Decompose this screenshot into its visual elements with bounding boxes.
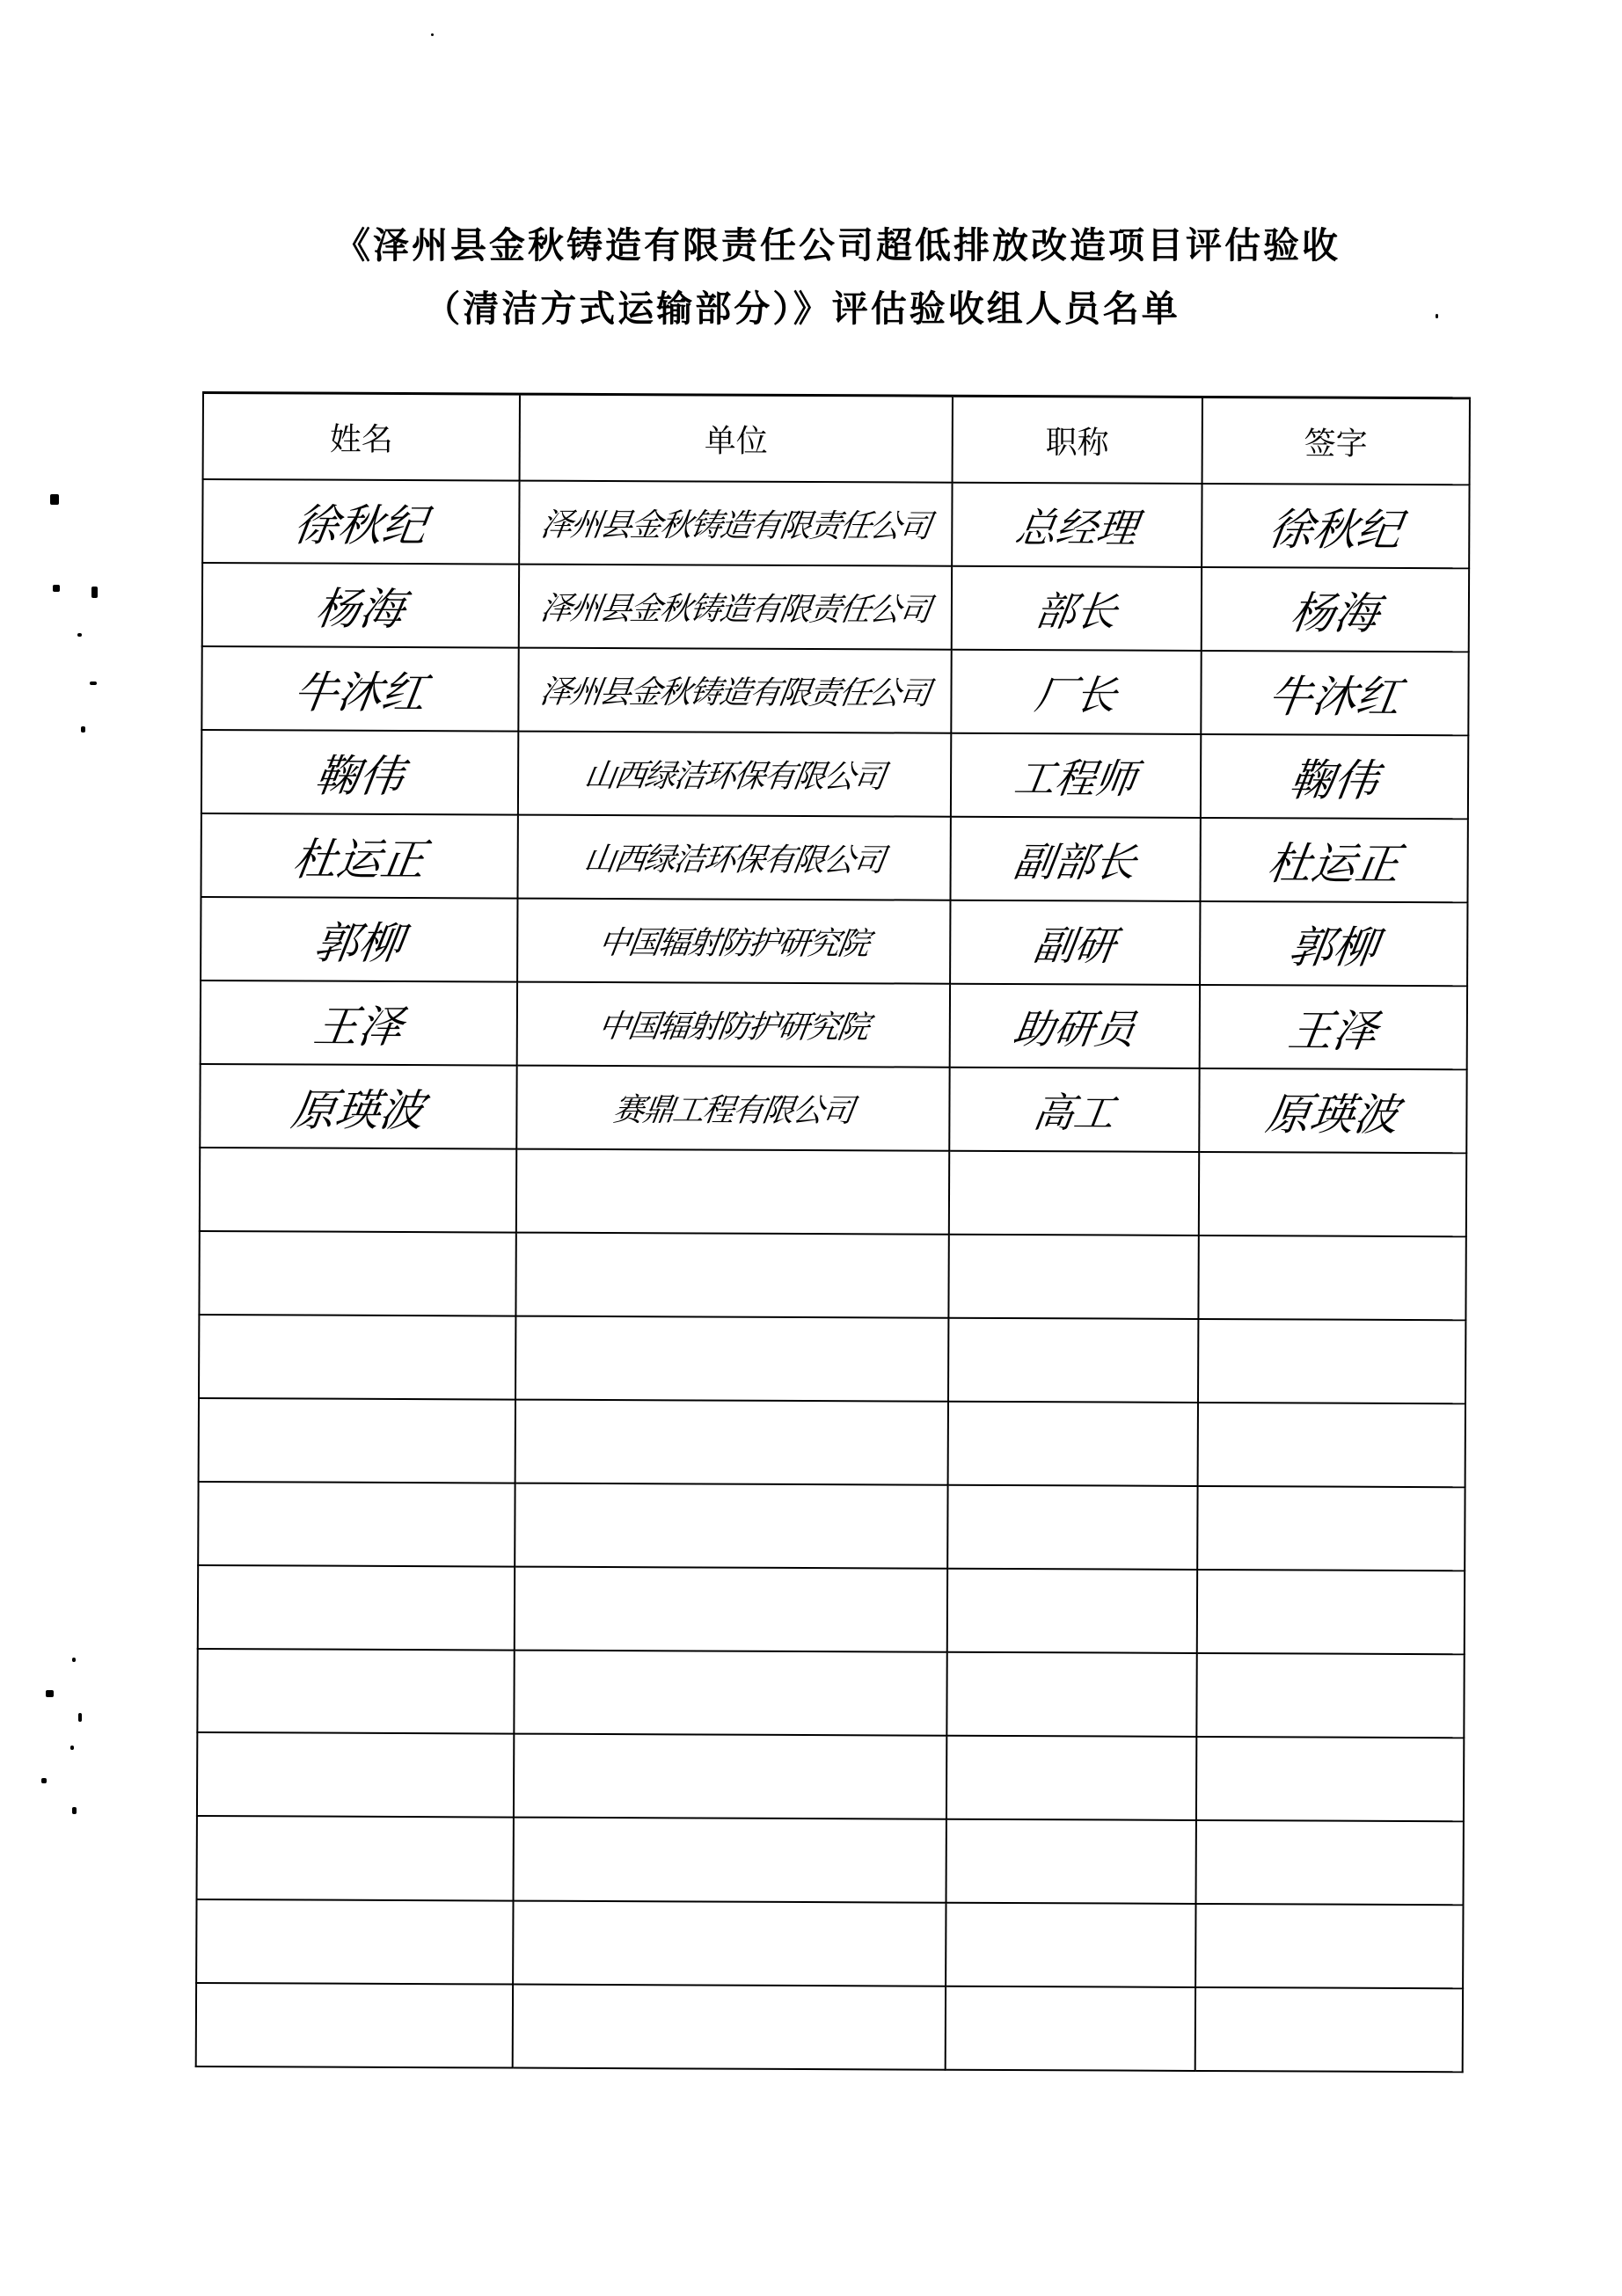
cell-name: [197, 1732, 514, 1818]
cell-name: 牛沐红: [201, 646, 518, 732]
cell-name: [198, 1565, 515, 1651]
cell-signature: [1199, 1152, 1466, 1236]
cell-name: 杨海: [202, 563, 519, 648]
handwritten-unit: 山西绿洁环保有限公司: [581, 751, 887, 797]
handwritten-unit: 泽州县金秋铸造有限责任公司: [537, 584, 932, 630]
handwritten-title: 助研员: [1010, 997, 1140, 1056]
cell-signature: 郭柳: [1200, 901, 1467, 986]
signature: 杜运正: [1263, 828, 1404, 893]
handwritten-title: 高工: [1030, 1081, 1120, 1139]
table-row: 鞠伟 山西绿洁环保有限公司 工程师 鞠伟: [201, 730, 1468, 819]
cell-unit: 泽州县金秋铸造有限责任公司: [519, 565, 952, 650]
cell-unit: [513, 1901, 946, 1986]
cell-title: [948, 1318, 1198, 1403]
table-row-empty: [196, 1983, 1463, 2072]
cell-unit: [514, 1818, 946, 1903]
handwritten-name: 王泽: [311, 991, 407, 1054]
handwritten-unit: 泽州县金秋铸造有限责任公司: [537, 667, 932, 714]
table-row: 杨海 泽州县金秋铸造有限责任公司 部长 杨海: [202, 563, 1469, 652]
header-unit: 单位: [520, 394, 953, 483]
table-row-empty: [199, 1315, 1465, 1403]
cell-signature: 徐秋纪: [1202, 484, 1469, 568]
handwritten-title: 副研: [1030, 914, 1120, 972]
cell-unit: [514, 1734, 946, 1819]
header-title: 职称: [953, 396, 1202, 484]
cell-name: [200, 1148, 516, 1233]
cell-name: [197, 1816, 514, 1901]
cell-title: [947, 1569, 1197, 1653]
signature: 杨海: [1287, 578, 1384, 641]
header-name: 姓名: [203, 393, 520, 481]
cell-unit: 泽州县金秋铸造有限责任公司: [519, 481, 952, 566]
cell-name: 原瑛波: [200, 1064, 516, 1149]
handwritten-name: 徐秋纪: [290, 490, 431, 554]
scan-artifact: [46, 1690, 54, 1697]
scan-artifact: [77, 633, 82, 637]
handwritten-unit: 泽州县金秋铸造有限责任公司: [538, 500, 933, 547]
scan-artifact: [78, 1713, 82, 1722]
cell-name: 杜运正: [201, 813, 517, 899]
cell-signature: 杜运正: [1200, 818, 1467, 902]
cell-title: 部长: [952, 566, 1202, 651]
cell-signature: [1196, 1653, 1464, 1738]
cell-signature: 原瑛波: [1199, 1068, 1466, 1153]
table-row-empty: [198, 1565, 1465, 1654]
cell-title: [947, 1485, 1197, 1570]
table-row-empty: [196, 1899, 1463, 1988]
cell-unit: [515, 1483, 947, 1569]
handwritten-name: 牛沐红: [289, 657, 430, 721]
signature: 原瑛波: [1262, 1079, 1403, 1143]
cell-unit: [514, 1651, 946, 1736]
signature: 王泽: [1285, 995, 1382, 1059]
cell-title: 高工: [949, 1068, 1199, 1152]
cell-unit: [516, 1149, 949, 1235]
scan-artifact: [90, 682, 97, 685]
cell-signature: 杨海: [1202, 567, 1469, 652]
handwritten-unit: 赛鼎工程有限公司: [610, 1085, 856, 1131]
cell-title: [946, 1986, 1195, 2071]
table-row-empty: [197, 1816, 1464, 1905]
cell-name: [199, 1231, 515, 1316]
cell-name: [199, 1315, 515, 1400]
scan-artifact: [81, 726, 85, 733]
cell-signature: [1198, 1319, 1465, 1403]
cell-signature: [1197, 1570, 1465, 1654]
signature: 郭柳: [1285, 912, 1382, 975]
handwritten-name: 原瑛波: [288, 1075, 428, 1139]
cell-title: [946, 1903, 1195, 1987]
scan-artifact: [91, 587, 98, 598]
cell-signature: [1197, 1486, 1465, 1571]
handwritten-name: 鞠伟: [311, 740, 408, 804]
signature: 鞠伟: [1286, 745, 1383, 808]
cell-name: 王泽: [201, 980, 517, 1066]
table-row: 郭柳 中国辐射防护研究院 副研 郭柳: [201, 897, 1467, 986]
cell-signature: [1196, 1820, 1464, 1905]
cell-title: [949, 1151, 1199, 1235]
table-row: 牛沐红 泽州县金秋铸造有限责任公司 厂长 牛沐红: [201, 646, 1468, 735]
scan-artifact: [431, 33, 434, 36]
signature: 徐秋纪: [1265, 494, 1406, 558]
table-row: 徐秋纪 泽州县金秋铸造有限责任公司 总经理 徐秋纪: [202, 479, 1469, 568]
cell-signature: 王泽: [1200, 985, 1467, 1069]
cell-unit: [513, 1985, 946, 2070]
cell-signature: [1195, 1904, 1463, 1988]
table-row: 原瑛波 赛鼎工程有限公司 高工 原瑛波: [200, 1064, 1466, 1153]
scan-artifact: [72, 1658, 76, 1662]
table-row-empty: [199, 1231, 1465, 1320]
cell-unit: 泽州县金秋铸造有限责任公司: [518, 648, 951, 733]
scan-artifact: [50, 494, 59, 505]
cell-name: [198, 1482, 515, 1567]
cell-title: 副部长: [950, 817, 1200, 901]
table-row-empty: [197, 1732, 1464, 1821]
document-title-line-1: 《泽州县金秋铸造有限责任公司超低排放改造项目评估验收: [26, 216, 1622, 268]
cell-title: 总经理: [952, 483, 1202, 567]
cell-signature: [1195, 1987, 1463, 2072]
cell-unit: [515, 1400, 948, 1485]
cell-unit: [515, 1233, 948, 1318]
cell-title: 工程师: [951, 733, 1201, 818]
document-title-line-2: （清洁方式运输部分）》评估验收组人员名单: [0, 280, 1613, 332]
scan-artifact: [70, 1746, 74, 1750]
scan-artifact: [72, 1807, 77, 1814]
handwritten-title: 部长: [1032, 579, 1122, 638]
table-row: 杜运正 山西绿洁环保有限公司 副部长 杜运正: [201, 813, 1467, 902]
cell-unit: 山西绿洁环保有限公司: [518, 732, 951, 817]
cell-signature: [1198, 1235, 1465, 1320]
table-row: 王泽 中国辐射防护研究院 助研员 王泽: [201, 980, 1467, 1069]
scan-artifact: [41, 1778, 47, 1783]
handwritten-name: 杨海: [312, 573, 409, 637]
scan-artifact: [1436, 314, 1438, 318]
handwritten-name: 郭柳: [311, 907, 407, 971]
cell-title: 助研员: [950, 984, 1200, 1068]
cell-unit: 赛鼎工程有限公司: [516, 1066, 949, 1151]
cell-unit: 中国辐射防护研究院: [517, 982, 950, 1068]
cell-title: [948, 1402, 1198, 1486]
handwritten-unit: 中国辐射防护研究院: [596, 918, 872, 964]
cell-unit: 中国辐射防护研究院: [517, 899, 950, 984]
handwritten-title: 厂长: [1032, 663, 1122, 721]
cell-signature: 鞠伟: [1201, 734, 1468, 819]
handwritten-unit: 中国辐射防护研究院: [595, 1002, 871, 1047]
handwritten-unit: 山西绿洁环保有限公司: [581, 835, 887, 880]
table-row-empty: [198, 1482, 1465, 1571]
cell-name: [199, 1398, 515, 1483]
cell-title: [946, 1819, 1196, 1904]
cell-title: 副研: [950, 900, 1200, 985]
signature: 牛沐红: [1264, 661, 1405, 725]
handwritten-title: 副部长: [1011, 830, 1141, 889]
scan-artifact: [53, 585, 60, 592]
cell-signature: [1198, 1403, 1465, 1487]
cell-title: [946, 1652, 1196, 1737]
cell-unit: 山西绿洁环保有限公司: [517, 815, 950, 900]
handwritten-title: 总经理: [1012, 496, 1143, 555]
cell-title: 厂长: [951, 650, 1201, 734]
handwritten-name: 杜运正: [289, 824, 429, 888]
header-signature: 签字: [1202, 397, 1470, 485]
cell-name: 郭柳: [201, 897, 517, 982]
cell-name: [196, 1899, 513, 1985]
cell-signature: 牛沐红: [1201, 651, 1468, 735]
roster-table: 姓名 单位 职称 签字 徐秋纪 泽州县金秋铸造有限责任公司 总经理 徐秋纪 杨海…: [195, 391, 1471, 2073]
cell-name: 徐秋纪: [202, 479, 519, 565]
table-row-empty: [197, 1649, 1464, 1738]
cell-name: [197, 1649, 514, 1734]
cell-name: 鞠伟: [201, 730, 518, 815]
cell-unit: [515, 1316, 948, 1402]
table-header-row: 姓名 单位 职称 签字: [203, 393, 1470, 485]
cell-signature: [1196, 1737, 1464, 1821]
table-row-empty: [200, 1148, 1466, 1236]
cell-title: [946, 1736, 1196, 1820]
cell-unit: [515, 1567, 947, 1652]
cell-name: [196, 1983, 513, 2068]
handwritten-title: 工程师: [1011, 747, 1141, 805]
table-row-empty: [199, 1398, 1465, 1487]
cell-title: [948, 1235, 1198, 1319]
